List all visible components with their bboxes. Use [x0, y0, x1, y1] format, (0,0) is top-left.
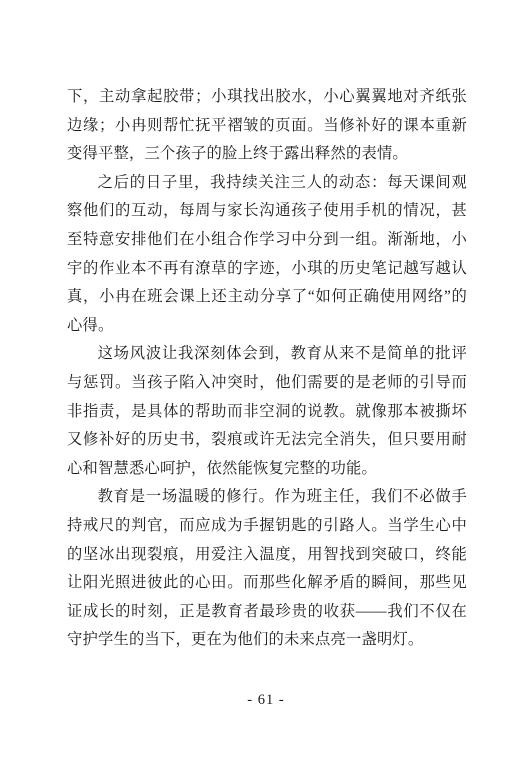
paragraph: 教育是一场温暖的修行。作为班主任，我们不必做手持戒尺的判官，而应成为手握钥匙的引… — [67, 483, 467, 655]
paragraph: 之后的日子里，我持续关注三人的动态：每天课间观察他们的互动，每周与家长沟通孩子使… — [67, 169, 467, 341]
paragraph: 这场风波让我深刻体会到，教育从来不是简单的批评与惩罚。当孩子陷入冲突时，他们需要… — [67, 340, 467, 483]
page-number: - 61 - — [0, 692, 532, 709]
paragraph: 下，主动拿起胶带；小琪找出胶水，小心翼翼地对齐纸张边缘；小冉则帮忙抚平褶皱的页面… — [67, 83, 467, 169]
body-text: 下，主动拿起胶带；小琪找出胶水，小心翼翼地对齐纸张边缘；小冉则帮忙抚平褶皱的页面… — [67, 83, 467, 655]
document-page: 下，主动拿起胶带；小琪找出胶水，小心翼翼地对齐纸张边缘；小冉则帮忙抚平褶皱的页面… — [0, 0, 532, 768]
